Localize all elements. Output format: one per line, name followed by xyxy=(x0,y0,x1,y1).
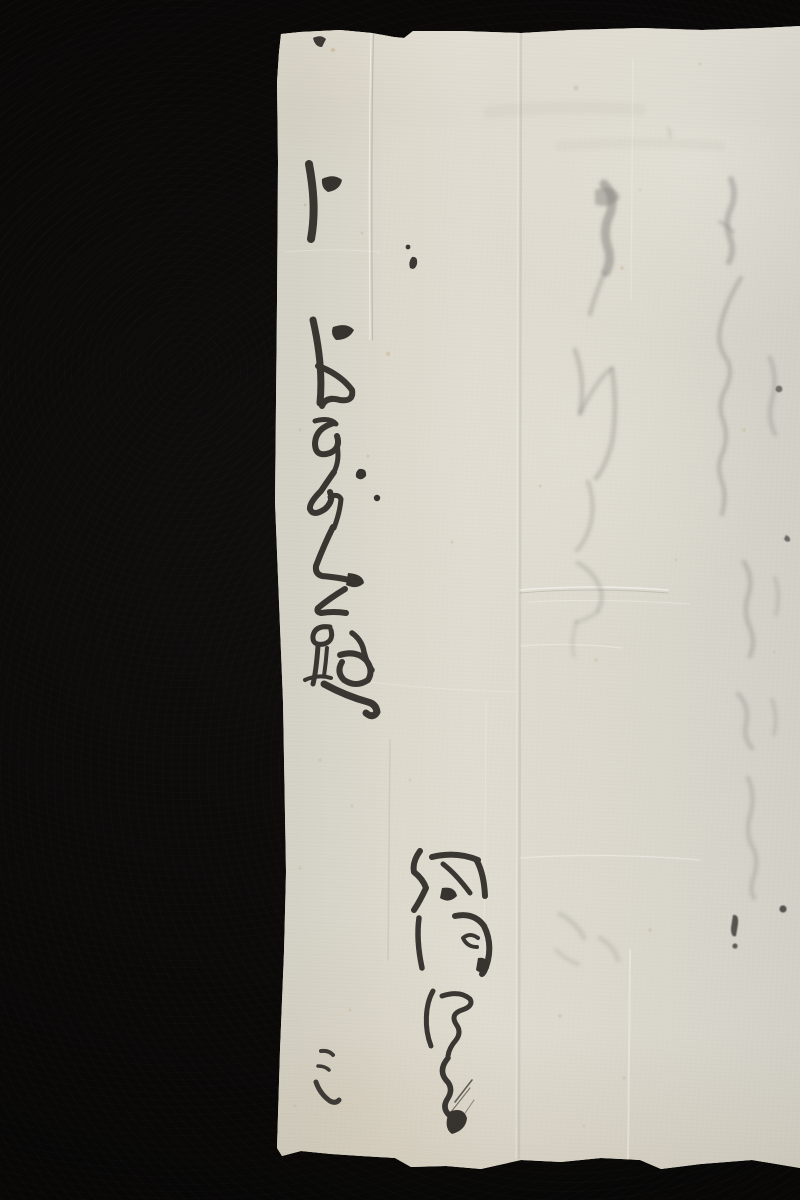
paper-fiber-texture xyxy=(0,0,800,1200)
letter-paper xyxy=(0,0,800,1200)
photo-backdrop: Japanese letter cover with cursive brush… xyxy=(0,0,800,1200)
